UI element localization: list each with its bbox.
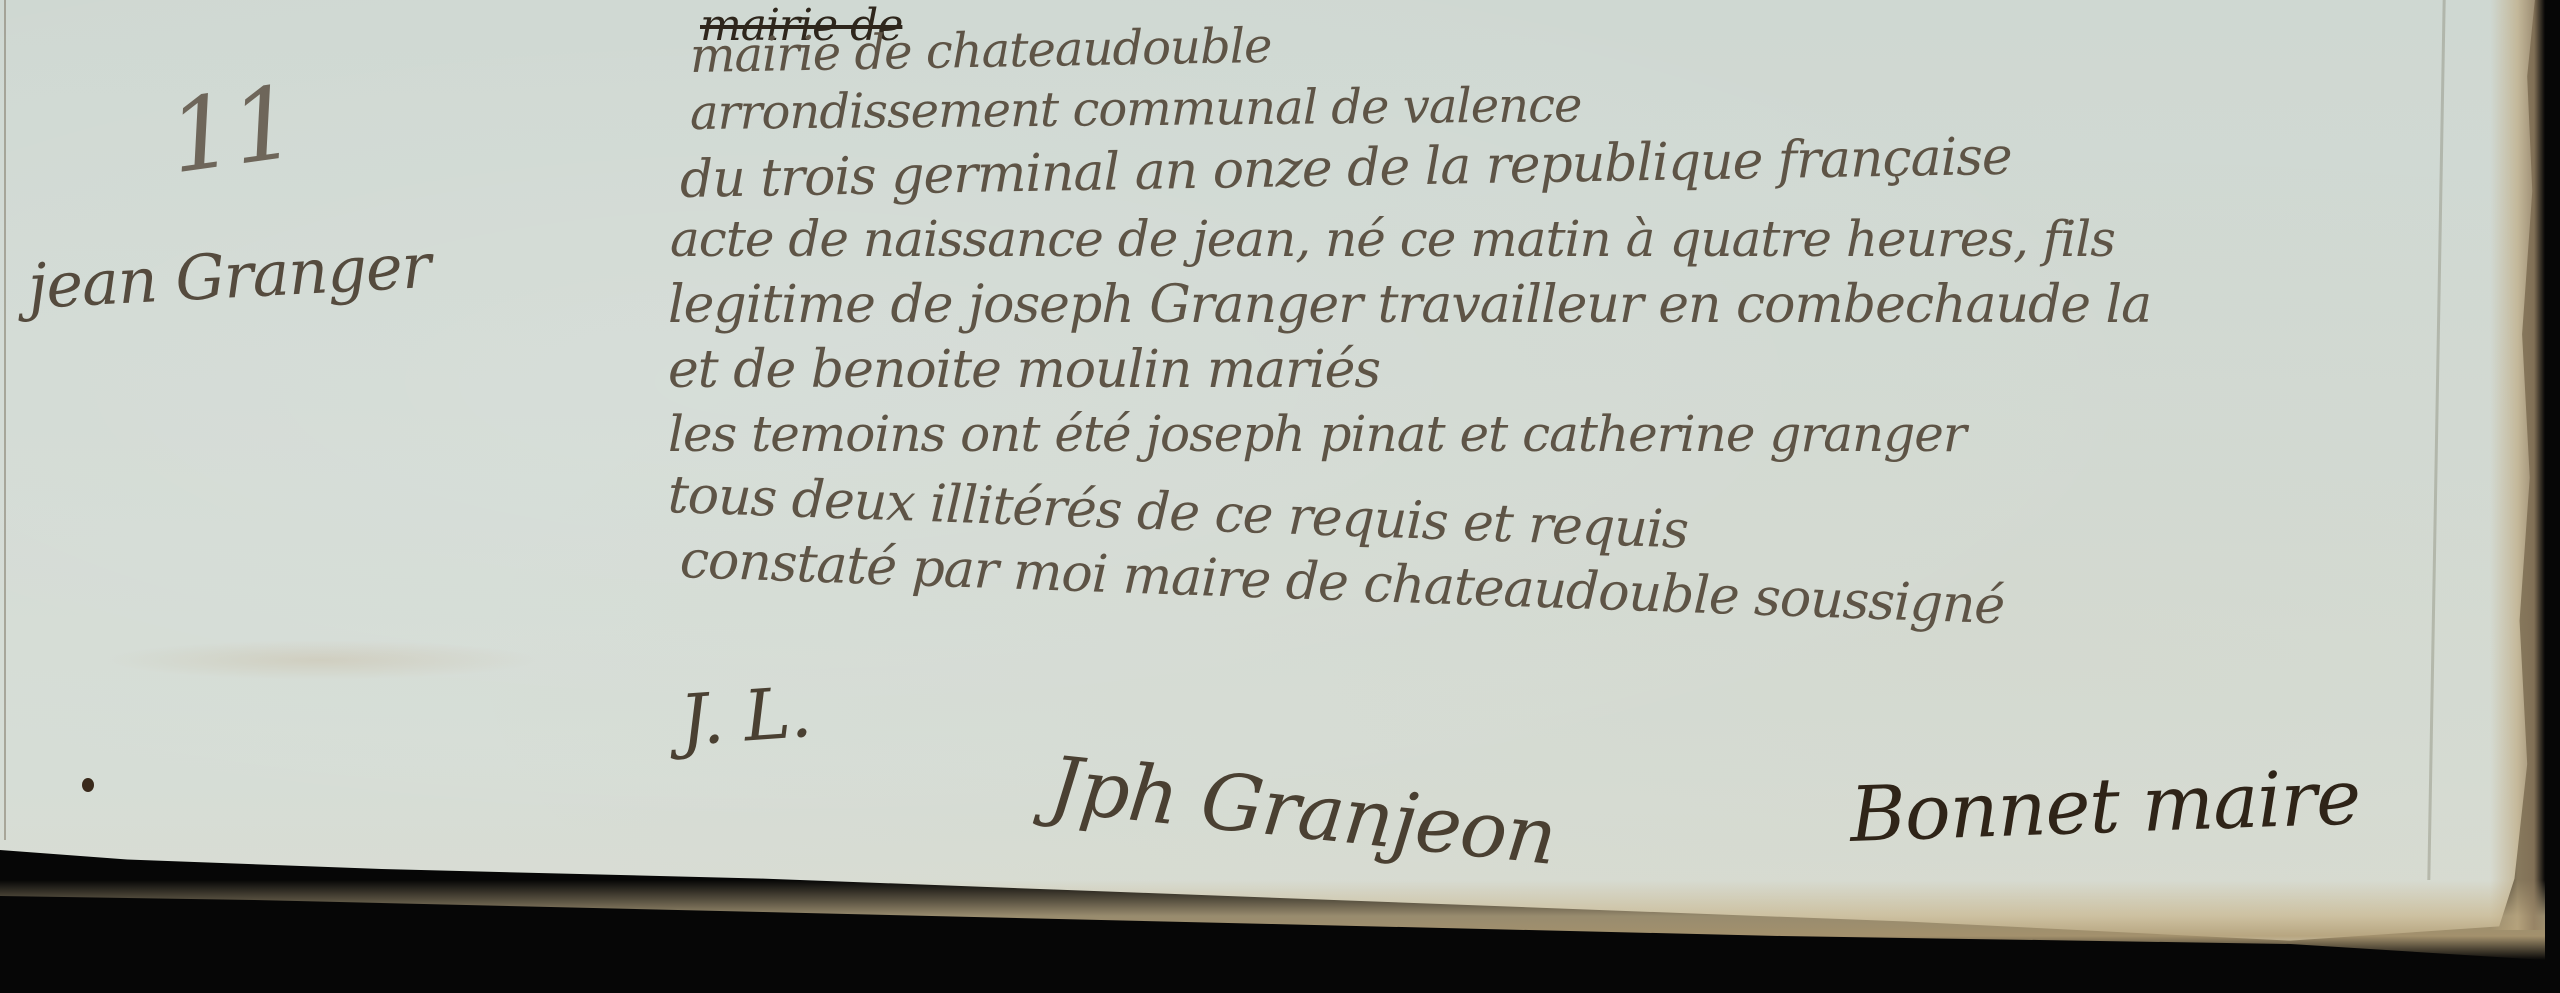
left-margin-rule [4,0,6,840]
record-line-arrondissement: arrondissement communal de valence [690,77,1582,141]
record-line-witnesses: les temoins ont été joseph pinat et cath… [668,405,1966,463]
ink-blot [82,778,94,792]
faded-stain [100,640,540,680]
record-line-act: acte de naissance de jean, né ce matin à… [670,210,2115,268]
document-scan: 11 jean Granger mairie de mairie de chat… [0,0,2560,993]
signature-mayor: Bonnet maire [1848,752,2361,859]
entry-number: 11 [162,63,302,196]
record-line-father: legitime de joseph Granger travailleur e… [668,275,2151,335]
signature-initials: J. L. [677,671,813,762]
record-line-mother: et de benoite moulin mariés [668,340,1380,400]
record-line-mairie: mairie de chateaudouble [690,18,1272,84]
